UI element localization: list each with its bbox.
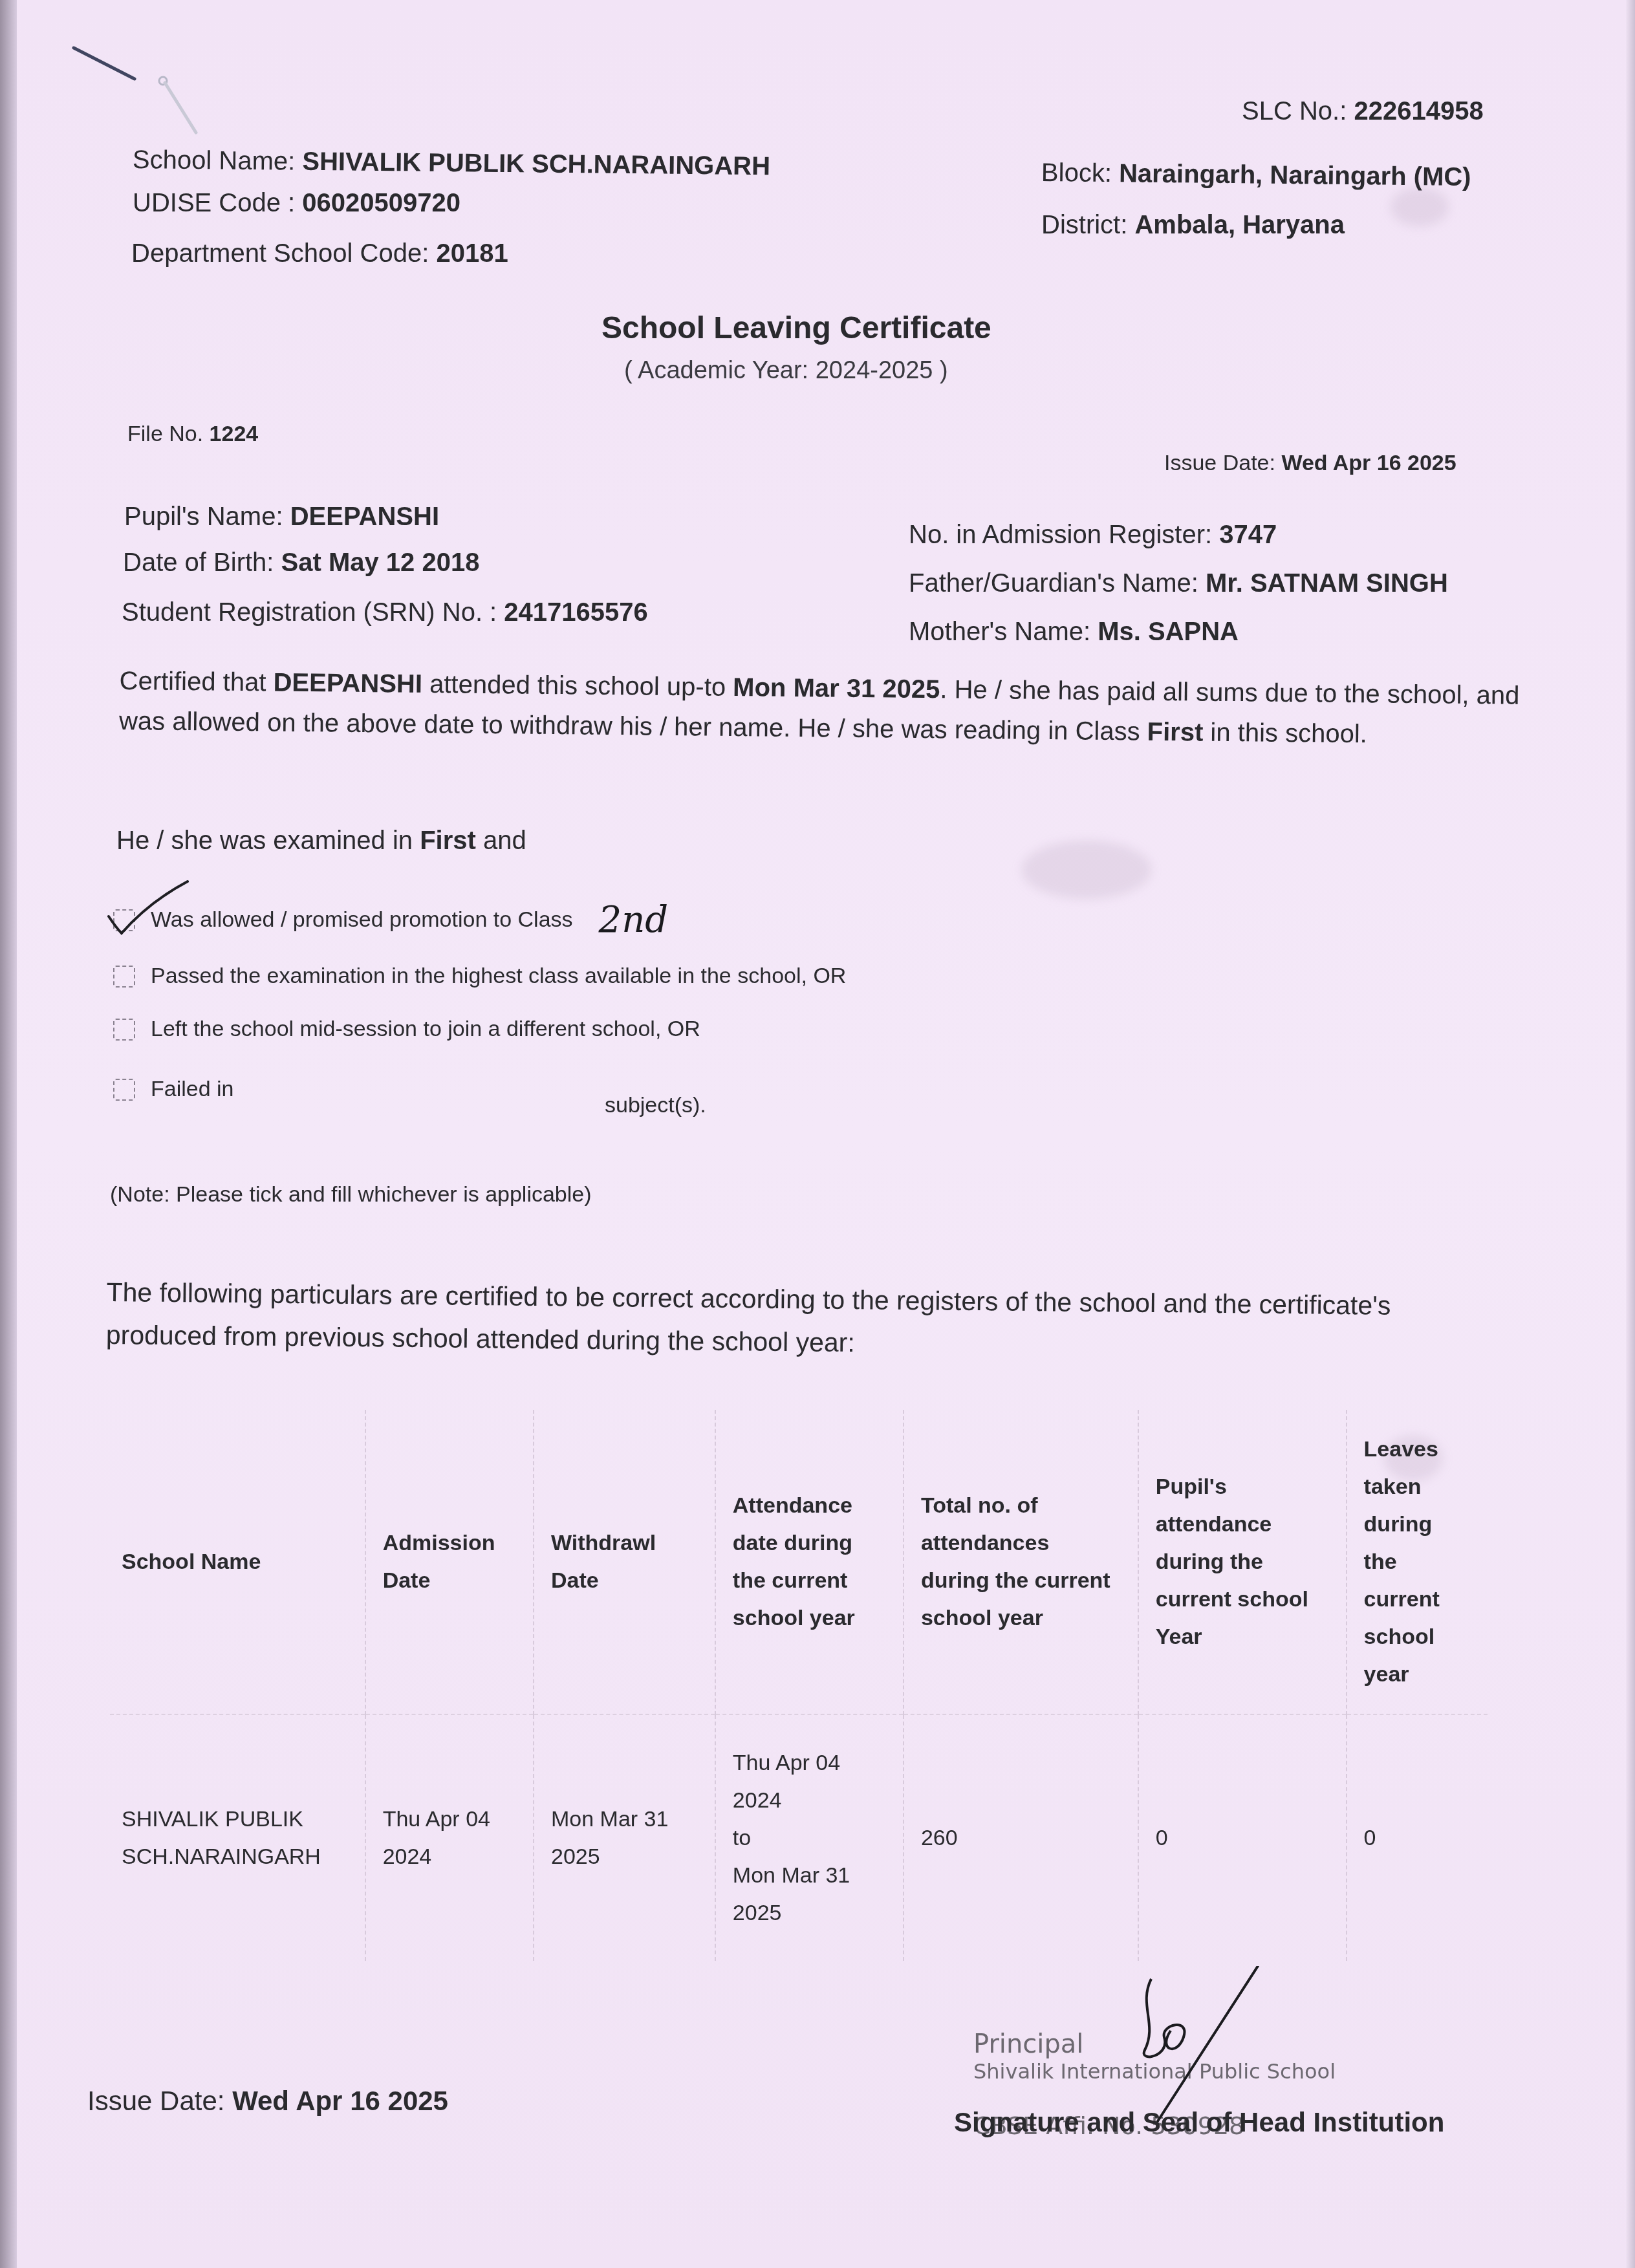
smudge — [1391, 188, 1449, 226]
date-of-birth: Date of Birth: Sat May 12 2018 — [123, 548, 479, 578]
tick-mark-icon — [103, 876, 200, 941]
cell-leaves-taken: 0 — [1347, 1714, 1488, 1961]
cell-withdrawal-date: Mon Mar 31 2025 — [534, 1714, 715, 1961]
cell-attendance-dates: Thu Apr 04 2024 to Mon Mar 31 2025 — [715, 1714, 904, 1961]
table-row: SHIVALIK PUBLIK SCH.NARAINGARH Thu Apr 0… — [110, 1714, 1488, 1961]
checkbox-left-mid-session[interactable] — [113, 1019, 135, 1041]
scan-edge-right — [1626, 0, 1635, 2268]
smudge — [1022, 841, 1151, 899]
header-total-attendances: Total no. of attendances during the curr… — [904, 1410, 1138, 1714]
header-pupil-attendance: Pupil's attendance during the current sc… — [1138, 1410, 1347, 1714]
cell-school-name: SHIVALIK PUBLIK SCH.NARAINGARH — [110, 1714, 365, 1961]
certificate-title: School Leaving Certificate — [601, 310, 991, 346]
scan-edge-left — [0, 0, 17, 2268]
header-admission-date: Admission Date — [365, 1410, 534, 1714]
department-school-code: Department School Code: 20181 — [131, 239, 508, 268]
attendance-table: School Name Admission Date Withdrawl Dat… — [110, 1410, 1488, 1961]
cell-admission-date: Thu Apr 04 2024 — [365, 1714, 534, 1961]
mother-name: Mother's Name: Ms. SAPNA — [909, 618, 1239, 647]
failed-subjects-suffix: subject(s). — [605, 1093, 706, 1118]
checkbox-passed-highest[interactable] — [113, 966, 135, 988]
file-number: File No. 1224 — [127, 422, 258, 447]
handwritten-class: 2nd — [599, 899, 669, 941]
checkbox-failed[interactable] — [113, 1079, 135, 1101]
father-guardian-name: Father/Guardian's Name: Mr. SATNAM SINGH — [909, 569, 1448, 598]
option-passed-highest[interactable]: Passed the examination in the highest cl… — [113, 964, 846, 989]
header-withdrawal-date: Withdrawl Date — [534, 1410, 715, 1714]
block: Block: Naraingarh, Naraingarh (MC) — [1041, 158, 1471, 192]
option-failed[interactable]: Failed in — [113, 1077, 234, 1102]
note: (Note: Please tick and fill whichever is… — [110, 1182, 592, 1207]
srn-number: Student Registration (SRN) No. : 2417165… — [122, 598, 648, 627]
cell-pupil-attendance: 0 — [1138, 1714, 1347, 1961]
header-attendance-dates: Attendance date during the current schoo… — [715, 1410, 904, 1714]
admission-register-number: No. in Admission Register: 3747 — [909, 521, 1277, 550]
certification-paragraph: Certified that DEEPANSHI attended this s… — [119, 661, 1530, 756]
issue-date-top: Issue Date: Wed Apr 16 2025 — [1164, 451, 1456, 476]
issue-date-bottom: Issue Date: Wed Apr 16 2025 — [87, 2086, 448, 2117]
header-school-name: School Name — [110, 1410, 365, 1714]
header-leaves-taken: Leaves taken during the current school y… — [1347, 1410, 1488, 1714]
particulars-intro: The following particulars are certified … — [106, 1271, 1400, 1370]
district: District: Ambala, Haryana — [1041, 211, 1345, 240]
slc-number: SLC No.: 222614958 — [1242, 97, 1484, 126]
staple-icon — [65, 39, 213, 149]
udise-code: UDISE Code : 06020509720 — [133, 189, 460, 218]
examined-statement: He / she was examined in First and — [116, 826, 526, 856]
academic-year: ( Academic Year: 2024-2025 ) — [624, 357, 948, 385]
pupil-name: Pupil's Name: DEEPANSHI — [124, 502, 439, 532]
option-left-mid-session[interactable]: Left the school mid-session to join a di… — [113, 1017, 700, 1042]
signature-caption: Signature and Seal of Head Institution — [954, 2107, 1444, 2138]
cell-total-attendances: 260 — [904, 1714, 1138, 1961]
table-header-row: School Name Admission Date Withdrawl Dat… — [110, 1410, 1488, 1714]
